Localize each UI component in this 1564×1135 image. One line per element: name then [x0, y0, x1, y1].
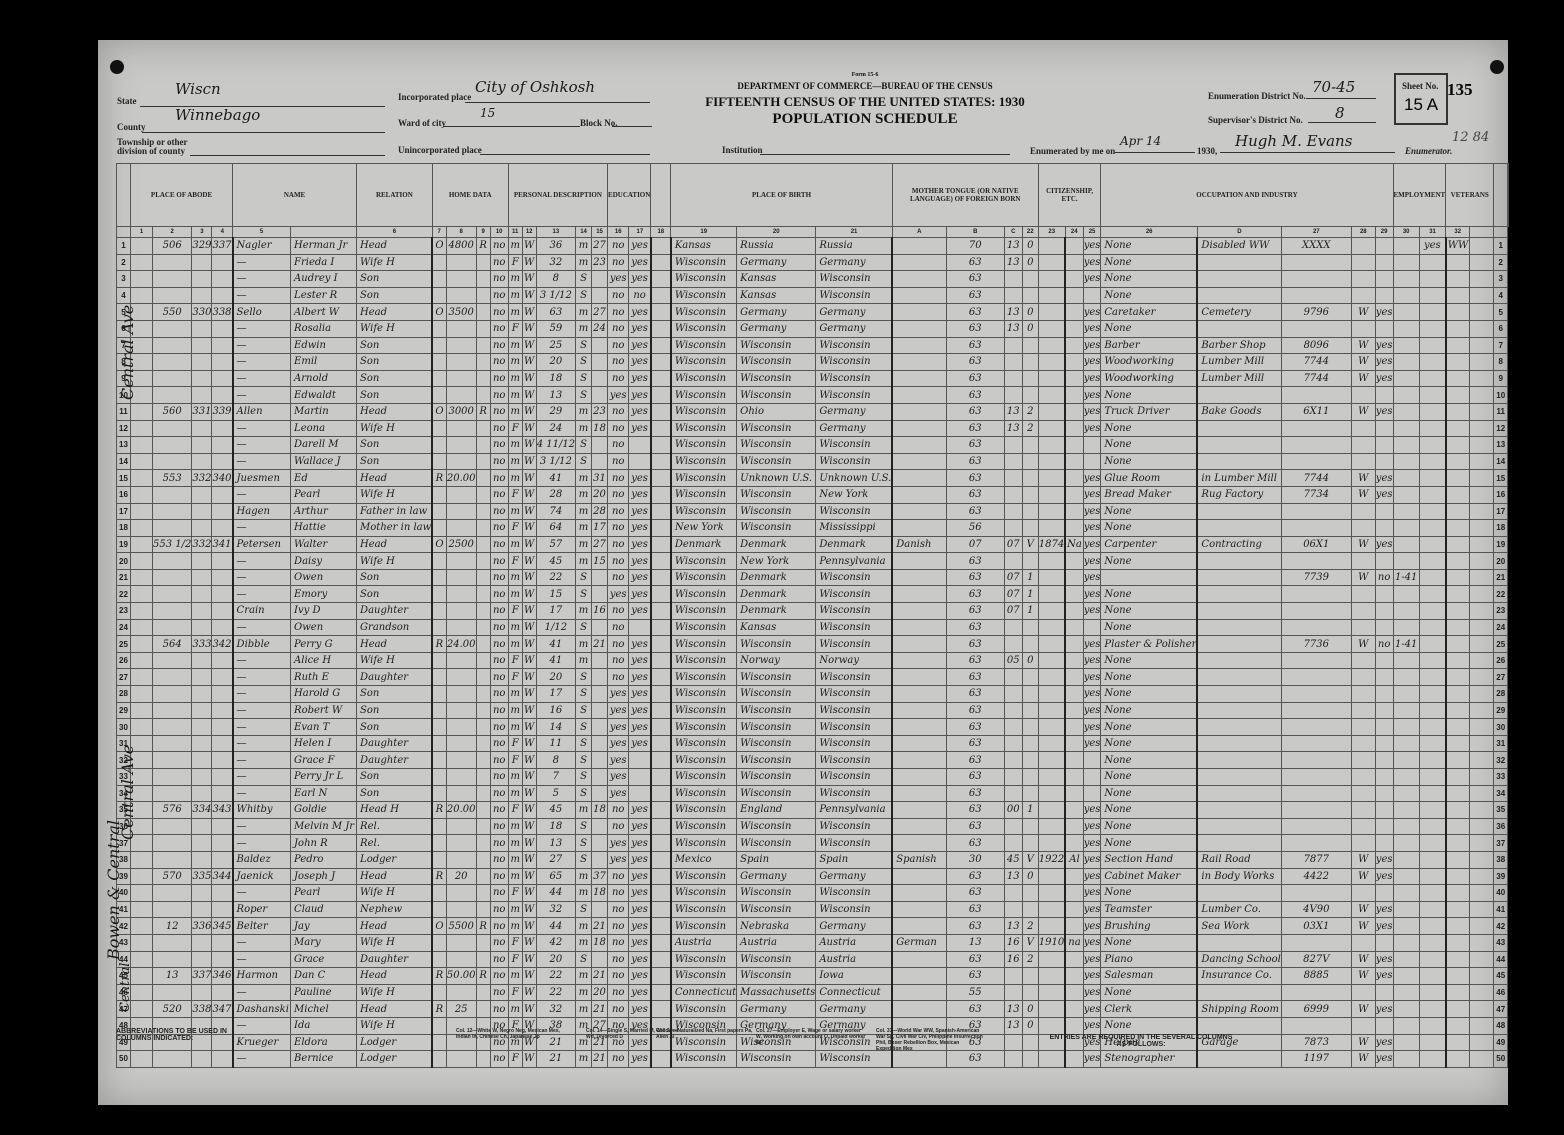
cell-a: 63 [946, 287, 1004, 304]
line-number: 16 [1494, 486, 1508, 503]
table-row: 17HagenArthurFather in lawnomW74m28noyes… [117, 503, 1509, 520]
cell-val [446, 818, 476, 835]
cell-lang [892, 835, 946, 852]
empty-cell [651, 719, 671, 736]
cell-race: W [522, 569, 536, 586]
cell-sch: no [608, 453, 629, 470]
cell-a: 63 [946, 553, 1004, 570]
cell-sch: no [608, 652, 629, 669]
cell-wk [1375, 735, 1393, 752]
cell-nat [1065, 669, 1083, 686]
cell-mar: S [576, 337, 592, 354]
cell-wk [1375, 802, 1393, 819]
cell-ln: 1-41 [1393, 636, 1419, 653]
cell-ln [1393, 271, 1419, 288]
cell-ln [1393, 652, 1419, 669]
empty-cell [1470, 337, 1494, 354]
cell-age: 8 [536, 271, 575, 288]
cell-wk: yes [1375, 486, 1393, 503]
cell-house: 506 [153, 238, 192, 255]
cell-wk [1375, 503, 1393, 520]
cell-sch: yes [608, 586, 629, 603]
cell-sex: m [508, 686, 522, 703]
cell-mar: S [576, 735, 592, 752]
cell-rw: yes [629, 835, 651, 852]
cell-eng: yes [1083, 603, 1101, 620]
empty-cell [131, 702, 153, 719]
empty-cell [651, 536, 671, 553]
cell-given: Earl N [291, 785, 357, 802]
cell-rw: yes [629, 553, 651, 570]
cell-sch: yes [608, 719, 629, 736]
cell-fam [212, 387, 233, 404]
cell-radio [476, 387, 490, 404]
cell-given: Edwaldt [291, 387, 357, 404]
cell-radio [476, 304, 490, 321]
cell-lang [892, 486, 946, 503]
cell-eng: yes [1083, 387, 1101, 404]
cell-sch: no [608, 901, 629, 918]
cell-house [153, 586, 192, 603]
cell-radio [476, 785, 490, 802]
cell-agem [592, 769, 608, 786]
empty-cell [1470, 752, 1494, 769]
cell-vet [1419, 387, 1445, 404]
empty-cell [651, 337, 671, 354]
cell-surname: — [233, 271, 291, 288]
entries-title: ENTRIES ARE REQUIRED IN THE SEVERAL COLU… [1046, 1034, 1236, 1048]
cell-a: 63 [946, 636, 1004, 653]
cell-vet [1419, 752, 1445, 769]
cell-given: Albert W [291, 304, 357, 321]
cell-mb: Wisconsin [816, 453, 892, 470]
cell-dw: 334 [192, 802, 212, 819]
cell-own [432, 453, 446, 470]
cell-sex: F [508, 669, 522, 686]
cell-b [1004, 387, 1022, 404]
cell-agem: 17 [592, 520, 608, 537]
cell-agem [592, 354, 608, 371]
cell-rel: Nephew [357, 901, 433, 918]
cell-b [1004, 337, 1022, 354]
cell-ln [1393, 802, 1419, 819]
cell-c: 1 [1022, 569, 1038, 586]
cell-rw: yes [629, 603, 651, 620]
cell-a: 63 [946, 271, 1004, 288]
cell-yr [1038, 752, 1065, 769]
cell-wk [1375, 619, 1393, 636]
cell-wk [1375, 785, 1393, 802]
line-number: 1 [117, 238, 131, 255]
cell-pb: Wisconsin [671, 437, 737, 454]
cell-farm: no [490, 984, 508, 1001]
cell-nat [1065, 370, 1083, 387]
cell-race: W [522, 304, 536, 321]
cell-rw: yes [629, 238, 651, 255]
cell-fb: Wisconsin [737, 951, 816, 968]
cell-own: O [432, 403, 446, 420]
cell-occ: Cabinet Maker [1101, 868, 1198, 885]
cell-sch: no [608, 320, 629, 337]
line-number: 10 [1494, 387, 1508, 404]
state-label: State [117, 96, 137, 106]
cell-rel: Wife H [357, 420, 433, 437]
cell-eng: yes [1083, 835, 1101, 852]
cell-mb: Germany [816, 403, 892, 420]
table-row: 29—Robert WSonnomW16SyesyesWisconsinWisc… [117, 702, 1509, 719]
table-row: 46—PaulineWife HnoFW22m20noyesConnecticu… [117, 984, 1509, 1001]
cell-own [432, 769, 446, 786]
cell-dw: 337 [192, 968, 212, 985]
cell-mar: m [576, 486, 592, 503]
cell-mar: S [576, 437, 592, 454]
column-number: 2 [153, 227, 192, 238]
cell-agem: 21 [592, 918, 608, 935]
cell-lang [892, 271, 946, 288]
cell-ind [1197, 802, 1281, 819]
cell-war [1446, 486, 1470, 503]
cell-sex: F [508, 885, 522, 902]
cell-wk: yes [1375, 304, 1393, 321]
cell-fb: Ohio [737, 403, 816, 420]
cell-war [1446, 702, 1470, 719]
cell-ind: Lumber Mill [1197, 354, 1281, 371]
table-row: 8—EmilSonnomW20SnoyesWisconsinWisconsinW… [117, 354, 1509, 371]
cell-ln [1393, 984, 1419, 1001]
cell-wk [1375, 437, 1393, 454]
cell-fb: Wisconsin [737, 486, 816, 503]
cell-own [432, 553, 446, 570]
cell-lang [892, 320, 946, 337]
cell-race: W [522, 354, 536, 371]
cell-c: 1 [1022, 802, 1038, 819]
cell-mb: Wisconsin [816, 437, 892, 454]
empty-cell [1470, 1034, 1494, 1051]
cell-occ: Piano [1101, 951, 1198, 968]
cell-val [446, 337, 476, 354]
cell-b: 05 [1004, 652, 1022, 669]
cell-own [432, 337, 446, 354]
cell-war [1446, 918, 1470, 935]
empty-cell [1470, 387, 1494, 404]
cell-ind: Rail Road [1197, 851, 1281, 868]
cell-rel: Son [357, 354, 433, 371]
cell-code [1281, 320, 1351, 337]
cell-sex: m [508, 868, 522, 885]
enumerated-label: Enumerated by me on [1030, 146, 1115, 156]
cell-dw [192, 503, 212, 520]
cell-nat [1065, 719, 1083, 736]
cell-nat [1065, 636, 1083, 653]
cell-c [1022, 686, 1038, 703]
cell-house: 570 [153, 868, 192, 885]
empty-cell [1470, 619, 1494, 636]
cell-nat: na [1065, 934, 1083, 951]
line-number: 50 [1494, 1051, 1508, 1068]
cell-code [1281, 387, 1351, 404]
empty-cell [1470, 370, 1494, 387]
cell-race: W [522, 603, 536, 620]
cell-farm: no [490, 254, 508, 271]
cell-age: 41 [536, 470, 575, 487]
cell-farm: no [490, 503, 508, 520]
cell-house [153, 752, 192, 769]
cell-val: 5500 [446, 918, 476, 935]
cell-mar: S [576, 669, 592, 686]
cell-val [446, 984, 476, 1001]
cell-farm: no [490, 354, 508, 371]
cell-c [1022, 752, 1038, 769]
cell-given: Melvin M Jr [291, 818, 357, 835]
group-header-relation: RELATION [357, 164, 433, 227]
empty-cell [1470, 719, 1494, 736]
cell-house [153, 569, 192, 586]
cell-eng [1083, 437, 1101, 454]
cell-wk: yes [1375, 868, 1393, 885]
abbrev-col12: Col. 12—White W, Negro Neg, Mexican Mex,… [456, 1028, 576, 1040]
cell-own [432, 901, 446, 918]
cell-occ: None [1101, 287, 1198, 304]
cell-rw: yes [629, 802, 651, 819]
cell-ind [1197, 387, 1281, 404]
cell-vet [1419, 403, 1445, 420]
cell-radio [476, 503, 490, 520]
column-number: 6 [357, 227, 433, 238]
cell-dw [192, 287, 212, 304]
line-number: 22 [1494, 586, 1508, 603]
cell-mb: Spain [816, 851, 892, 868]
cell-rel: Son [357, 686, 433, 703]
sheet-label: Sheet No. [1402, 81, 1439, 91]
cell-ind: in Lumber Mill [1197, 470, 1281, 487]
cell-given: Walter [291, 536, 357, 553]
cell-age: 3 1/12 [536, 453, 575, 470]
cell-ln: 1-41 [1393, 569, 1419, 586]
cell-cls: W [1351, 569, 1375, 586]
cell-eng: yes [1083, 403, 1101, 420]
cell-farm: no [490, 901, 508, 918]
cell-fb: Wisconsin [737, 669, 816, 686]
cell-a: 63 [946, 901, 1004, 918]
cell-agem [592, 337, 608, 354]
cell-fb: Wisconsin [737, 437, 816, 454]
column-number: 1 [131, 227, 153, 238]
empty-cell [131, 951, 153, 968]
cell-agem [592, 735, 608, 752]
enumerated-date: Apr 14 [1120, 134, 1161, 148]
margin-note-street: Bowen & Central [104, 820, 123, 960]
cell-lang [892, 354, 946, 371]
cell-rel: Son [357, 586, 433, 603]
empty-cell [131, 287, 153, 304]
cell-war [1446, 1001, 1470, 1018]
column-number: C [1004, 227, 1022, 238]
cell-house [153, 769, 192, 786]
line-number: 21 [117, 569, 131, 586]
cell-given: Owen [291, 619, 357, 636]
cell-cls [1351, 586, 1375, 603]
column-number: 25 [1083, 227, 1101, 238]
cell-fb: Wisconsin [737, 769, 816, 786]
line-number: 49 [1494, 1034, 1508, 1051]
cell-age: 32 [536, 254, 575, 271]
cell-a: 07 [946, 536, 1004, 553]
cell-sch: no [608, 603, 629, 620]
cell-ln [1393, 304, 1419, 321]
cell-farm: no [490, 785, 508, 802]
cell-vet [1419, 835, 1445, 852]
cell-wk [1375, 885, 1393, 902]
cell-farm: no [490, 603, 508, 620]
cell-yr [1038, 569, 1065, 586]
cell-fb: Wisconsin [737, 420, 816, 437]
cell-c [1022, 719, 1038, 736]
cell-house [153, 553, 192, 570]
cell-ind [1197, 702, 1281, 719]
cell-rw: yes [629, 420, 651, 437]
cell-surname: — [233, 785, 291, 802]
cell-war [1446, 885, 1470, 902]
cell-mar: m [576, 420, 592, 437]
cell-given: Goldie [291, 802, 357, 819]
cell-yr [1038, 238, 1065, 255]
cell-sch: yes [608, 785, 629, 802]
cell-vet [1419, 686, 1445, 703]
cell-sex: m [508, 387, 522, 404]
cell-mb: Wisconsin [816, 785, 892, 802]
cell-ind [1197, 669, 1281, 686]
cell-mb: Germany [816, 304, 892, 321]
cell-pb: Wisconsin [671, 785, 737, 802]
cell-rel: Daughter [357, 951, 433, 968]
cell-race: W [522, 652, 536, 669]
cell-radio [476, 420, 490, 437]
cell-sex: m [508, 370, 522, 387]
empty-cell [651, 603, 671, 620]
cell-wk: no [1375, 636, 1393, 653]
cell-occ: Carpenter [1101, 536, 1198, 553]
cell-a: 63 [946, 420, 1004, 437]
cell-c: 0 [1022, 868, 1038, 885]
cell-rel: Rel. [357, 818, 433, 835]
line-number: 24 [117, 619, 131, 636]
cell-lang [892, 470, 946, 487]
cell-fb: Wisconsin [737, 885, 816, 902]
supervisor-value: 8 [1335, 104, 1345, 122]
cell-rw [629, 453, 651, 470]
cell-nat [1065, 984, 1083, 1001]
column-number: 16 [608, 227, 629, 238]
cell-age: 41 [536, 652, 575, 669]
table-row: 21—OwenSonnomW22SnoyesWisconsinDenmarkWi… [117, 569, 1509, 586]
cell-fb: Wisconsin [737, 503, 816, 520]
table-row: 3—Audrey ISonnomW8SyesyesWisconsinKansas… [117, 271, 1509, 288]
cell-pb: Kansas [671, 238, 737, 255]
cell-rw: yes [629, 901, 651, 918]
line-number: 9 [1494, 370, 1508, 387]
cell-cls [1351, 254, 1375, 271]
cell-war [1446, 769, 1470, 786]
cell-age: 18 [536, 818, 575, 835]
column-number: 23 [1038, 227, 1065, 238]
cell-fb: Germany [737, 320, 816, 337]
cell-war [1446, 785, 1470, 802]
cell-surname: Belter [233, 918, 291, 935]
line-number: 27 [1494, 669, 1508, 686]
group-header-abode: PLACE OF ABODE [131, 164, 233, 227]
table-row: 30—Evan TSonnomW14SyesyesWisconsinWiscon… [117, 719, 1509, 736]
cell-ln [1393, 752, 1419, 769]
cell-radio [476, 802, 490, 819]
empty-cell [1470, 984, 1494, 1001]
table-row: 4—Lester RSonnomW3 1/12SnonoWisconsinKan… [117, 287, 1509, 304]
line-number: 16 [117, 486, 131, 503]
cell-yr [1038, 387, 1065, 404]
cell-a: 63 [946, 785, 1004, 802]
cell-wk: yes [1375, 370, 1393, 387]
cell-surname: — [233, 951, 291, 968]
cell-given: Darell M [291, 437, 357, 454]
cell-cls [1351, 437, 1375, 454]
line-number: 3 [117, 271, 131, 288]
cell-occ: Teamster [1101, 901, 1198, 918]
cell-eng: yes [1083, 735, 1101, 752]
cell-pb: Wisconsin [671, 752, 737, 769]
table-row: 4212336345BelterJayHeadO5500RnomW44m21no… [117, 918, 1509, 935]
cell-agem: 18 [592, 934, 608, 951]
cell-dw: 332 [192, 536, 212, 553]
cell-sex: m [508, 769, 522, 786]
cell-cls [1351, 934, 1375, 951]
cell-b: 16 [1004, 951, 1022, 968]
cell-ln [1393, 238, 1419, 255]
census-title: FIFTEENTH CENSUS OF THE UNITED STATES: 1… [640, 94, 1090, 110]
cell-nat [1065, 802, 1083, 819]
line-number: 31 [1494, 735, 1508, 752]
cell-rw: yes [629, 636, 651, 653]
cell-mb: Wisconsin [816, 603, 892, 620]
empty-cell [131, 984, 153, 1001]
cell-code: 06X1 [1281, 536, 1351, 553]
cell-wk: yes [1375, 968, 1393, 985]
empty-cell [1470, 271, 1494, 288]
cell-age: 57 [536, 536, 575, 553]
cell-age: 27 [536, 851, 575, 868]
cell-surname: — [233, 553, 291, 570]
cell-nat [1065, 885, 1083, 902]
cell-wk [1375, 652, 1393, 669]
cell-b [1004, 835, 1022, 852]
cell-mb: Wisconsin [816, 370, 892, 387]
cell-code [1281, 719, 1351, 736]
table-row: 38BaldezPedroLodgernomW27SyesyesMexicoSp… [117, 851, 1509, 868]
cell-war [1446, 901, 1470, 918]
cell-nat [1065, 238, 1083, 255]
cell-rw: yes [629, 387, 651, 404]
cell-own [432, 752, 446, 769]
cell-wk: yes [1375, 918, 1393, 935]
cell-eng: yes [1083, 984, 1101, 1001]
cell-mar: S [576, 453, 592, 470]
cell-own [432, 702, 446, 719]
empty-cell [131, 868, 153, 885]
cell-age: 24 [536, 420, 575, 437]
line-number: 27 [117, 669, 131, 686]
cell-code [1281, 702, 1351, 719]
cell-a: 63 [946, 968, 1004, 985]
cell-wk [1375, 752, 1393, 769]
cell-rw: yes [629, 304, 651, 321]
